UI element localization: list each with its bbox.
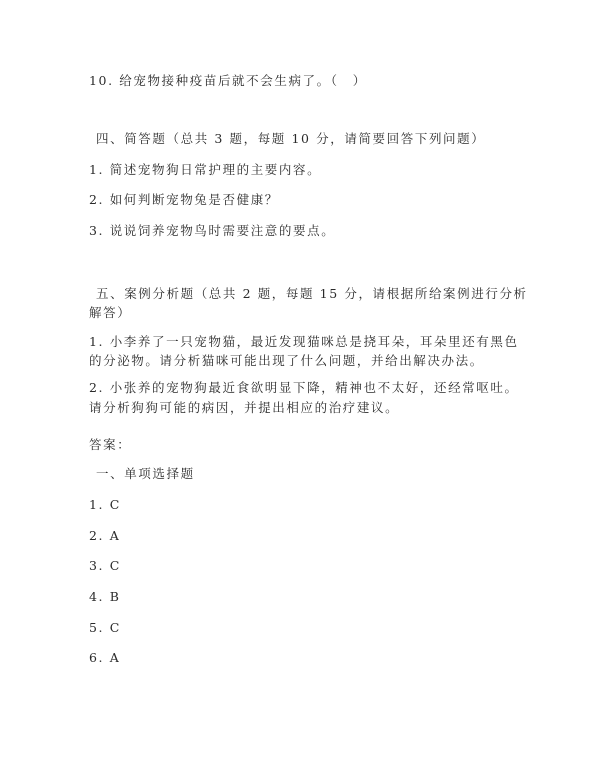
section-5-question-2-line-2: 请分析狗狗可能的病因，并提出相应的治疗建议。	[89, 400, 399, 416]
section-5-question-2-line-1: 2. 小张养的宠物狗最近食欲明显下降，精神也不太好，还经常呕吐。	[89, 380, 519, 396]
answer-item-5: 5. C	[89, 620, 121, 636]
section-5-heading-line-1: 五、案例分析题（总共 2 题，每题 15 分，请根据所给案例进行分析	[96, 286, 528, 302]
question-10: 10. 给宠物接种疫苗后就不会生病了。（ ）	[89, 73, 367, 89]
answers-title: 答案：	[89, 437, 131, 453]
section-4-heading: 四、简答题（总共 3 题，每题 10 分，请简要回答下列问题）	[96, 131, 485, 147]
answer-item-3: 3. C	[89, 558, 121, 574]
answer-item-1: 1. C	[89, 497, 121, 513]
section-4-question-2: 2. 如何判断宠物兔是否健康？	[89, 192, 279, 208]
section-4-question-1: 1. 简述宠物狗日常护理的主要内容。	[89, 162, 321, 178]
section-5-heading-line-2: 解答）	[89, 305, 131, 321]
section-5-question-1-line-1: 1. 小李养了一只宠物猫，最近发现猫咪总是挠耳朵，耳朵里还有黑色	[89, 334, 519, 350]
section-4-question-3: 3. 说说饲养宠物鸟时需要注意的要点。	[89, 223, 335, 239]
answers-section-1-heading: 一、单项选择题	[96, 466, 195, 482]
answer-item-4: 4. B	[89, 589, 121, 605]
answer-item-6: 6. A	[89, 650, 120, 666]
section-5-question-1-line-2: 的分泌物。请分析猫咪可能出现了什么问题，并给出解决办法。	[89, 353, 484, 369]
answer-item-2: 2. A	[89, 528, 120, 544]
